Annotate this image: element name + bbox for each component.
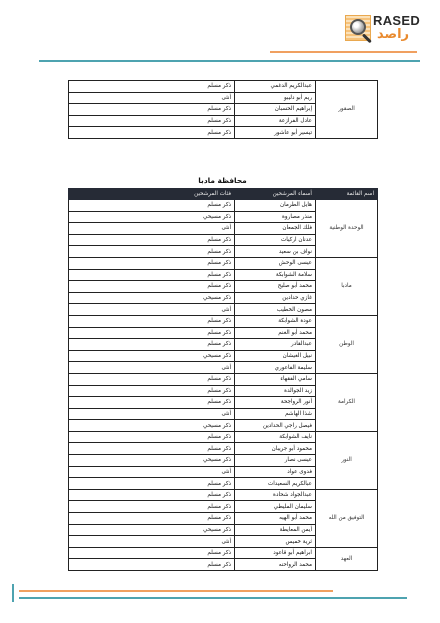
candidate-category-cell: أنثى <box>69 304 235 316</box>
candidate-category-cell: ذكر مسيحي <box>69 292 235 304</box>
candidate-category-cell: ذكر مسلم <box>69 431 235 443</box>
table-row: الصقورعبدالكريم الدغميذكر مسلم <box>69 81 378 93</box>
column-header-party: اسم القائمة <box>316 189 378 200</box>
footer-vertical-bar <box>12 584 14 602</box>
table-row: الوحدة الوطنيةهايل الطرمانذكر مسلم <box>69 200 378 212</box>
candidate-name-cell: زيد الجوالدة <box>235 385 316 397</box>
candidate-name-cell: نبيل الغيشان <box>235 350 316 362</box>
party-name-cell: الوحدة الوطنية <box>316 200 378 258</box>
candidate-category-cell: ذكر مسلم <box>69 315 235 327</box>
candidate-category-cell: ذكر مسيحي <box>69 455 235 467</box>
candidate-category-cell: ذكر مسلم <box>69 443 235 455</box>
candidate-name-cell: غازي حدادين <box>235 292 316 304</box>
column-header-category: فئات المرشحين <box>69 189 235 200</box>
candidate-name-cell: ريم أبو دليبو <box>235 92 316 104</box>
candidate-name-cell: ثرية خميس <box>235 536 316 548</box>
candidate-category-cell: ذكر مسلم <box>69 81 235 93</box>
candidate-name-cell: عادل الفرازعة <box>235 115 316 127</box>
party-name-cell: النور <box>316 431 378 489</box>
candidate-name-cell: أيمن المعايطة <box>235 524 316 536</box>
candidate-name-cell: محمد أبو الهيه <box>235 513 316 525</box>
table-row: النورنايف الشوابكةذكر مسلم <box>69 431 378 443</box>
table-row: الوطنعودة الشوابكةذكر مسلم <box>69 315 378 327</box>
candidate-category-cell: ذكر مسلم <box>69 257 235 269</box>
candidate-name-cell: سلامة الشوابكة <box>235 269 316 281</box>
candidate-category-cell: ذكر مسلم <box>69 327 235 339</box>
party-name-cell: الوطن <box>316 315 378 373</box>
section-title: محافظة مادبا <box>68 176 377 185</box>
candidate-name-cell: عبدالقادر <box>235 339 316 351</box>
footer-teal-rule <box>19 597 407 599</box>
candidate-category-cell: ذكر مسلم <box>69 115 235 127</box>
party-name-cell: مادبا <box>316 257 378 315</box>
table-header-row: اسم القائمة أسماء المرشحين فئات المرشحين <box>69 189 378 200</box>
candidate-name-cell: فدوى عواد <box>235 466 316 478</box>
candidate-name-cell: شذا الهاشم <box>235 408 316 420</box>
candidate-category-cell: ذكر مسلم <box>69 104 235 116</box>
candidate-name-cell: ابراهيم أبو قاعود <box>235 547 316 559</box>
candidate-name-cell: هايل الطرمان <box>235 200 316 212</box>
candidate-name-cell: مصون الخطيب <box>235 304 316 316</box>
candidate-name-cell: أنور الرواجحة <box>235 397 316 409</box>
footer-orange-rule <box>19 590 333 592</box>
candidate-name-cell: نواف بن سعيد <box>235 246 316 258</box>
party-name-cell: العهد <box>316 547 378 570</box>
logo-text-en: RASED <box>373 13 420 28</box>
candidate-category-cell: ذكر مسلم <box>69 234 235 246</box>
candidate-name-cell: عيسى نصار <box>235 455 316 467</box>
candidate-category-cell: ذكر مسلم <box>69 127 235 139</box>
candidate-name-cell: سامي الفقهاء <box>235 373 316 385</box>
candidate-category-cell: ذكر مسلم <box>69 269 235 281</box>
candidate-category-cell: ذكر مسلم <box>69 478 235 490</box>
candidate-name-cell: عودة الشوابكة <box>235 315 316 327</box>
candidate-category-cell: ذكر مسلم <box>69 559 235 571</box>
candidate-name-cell: نايف الشوابكة <box>235 431 316 443</box>
candidate-category-cell: ذكر مسلم <box>69 397 235 409</box>
candidate-name-cell: فلك الجمعان <box>235 223 316 235</box>
candidate-category-cell: ذكر مسلم <box>69 373 235 385</box>
party-name-cell: الصقور <box>316 81 378 139</box>
candidate-name-cell: إبراهيم الحسبان <box>235 104 316 116</box>
candidate-name-cell: عبالكريم السعيدات <box>235 478 316 490</box>
candidate-name-cell: تيسير أبو عاشور <box>235 127 316 139</box>
candidate-category-cell: ذكر مسيحي <box>69 524 235 536</box>
logo-text-ar: راصد <box>377 27 409 42</box>
candidate-category-cell: أنثى <box>69 536 235 548</box>
candidate-category-cell: أنثى <box>69 223 235 235</box>
candidate-name-cell: فيصل راجي الحدادين <box>235 420 316 432</box>
party-name-cell: التوفيق من الله <box>316 489 378 547</box>
candidate-category-cell: أنثى <box>69 362 235 374</box>
candidate-name-cell: سليمان المليطي <box>235 501 316 513</box>
candidate-name-cell: عدنان اركيات <box>235 234 316 246</box>
candidate-name-cell: محمد أبو صليح <box>235 281 316 293</box>
candidate-category-cell: ذكر مسلم <box>69 513 235 525</box>
candidate-category-cell: ذكر مسلم <box>69 501 235 513</box>
candidates-table: اسم القائمة أسماء المرشحين فئات المرشحين… <box>68 188 378 571</box>
candidate-category-cell: أنثى <box>69 408 235 420</box>
continued-candidates-table: الصقورعبدالكريم الدغميذكر مسلمريم أبو دل… <box>68 80 378 139</box>
candidate-category-cell: أنثى <box>69 466 235 478</box>
table-row: التوفيق من اللهعبدالجواد شحادةذكر مسلم <box>69 489 378 501</box>
candidate-category-cell: ذكر مسلم <box>69 339 235 351</box>
candidate-category-cell: ذكر مسلم <box>69 246 235 258</box>
table-row: مادباعيسى الوحشذكر مسلم <box>69 257 378 269</box>
candidate-category-cell: أنثى <box>69 92 235 104</box>
candidate-category-cell: ذكر مسيحي <box>69 211 235 223</box>
candidate-category-cell: ذكر مسلم <box>69 200 235 212</box>
header-orange-rule <box>270 51 417 53</box>
candidate-name-cell: محمود أبو جريبان <box>235 443 316 455</box>
column-header-name: أسماء المرشحين <box>235 189 316 200</box>
candidate-category-cell: ذكر مسيحي <box>69 420 235 432</box>
rased-logo: RASED راصد <box>345 13 425 47</box>
table-row: العهدابراهيم أبو قاعودذكر مسلم <box>69 547 378 559</box>
candidate-category-cell: ذكر مسيحي <box>69 350 235 362</box>
candidate-name-cell: سليمة الفاعوري <box>235 362 316 374</box>
candidate-category-cell: ذكر مسلم <box>69 281 235 293</box>
party-name-cell: الكرامة <box>316 373 378 431</box>
candidate-name-cell: عيسى الوحش <box>235 257 316 269</box>
header-teal-rule <box>39 60 420 62</box>
candidate-name-cell: عبدالكريم الدغمي <box>235 81 316 93</box>
candidate-category-cell: ذكر مسلم <box>69 385 235 397</box>
candidate-name-cell: محمد أبو الغنم <box>235 327 316 339</box>
candidate-name-cell: منذر مصاروة <box>235 211 316 223</box>
candidate-category-cell: ذكر مسلم <box>69 547 235 559</box>
candidate-name-cell: محمد الرواحنه <box>235 559 316 571</box>
table-row: الكرامةسامي الفقهاءذكر مسلم <box>69 373 378 385</box>
candidate-category-cell: ذكر مسلم <box>69 489 235 501</box>
candidate-name-cell: عبدالجواد شحادة <box>235 489 316 501</box>
